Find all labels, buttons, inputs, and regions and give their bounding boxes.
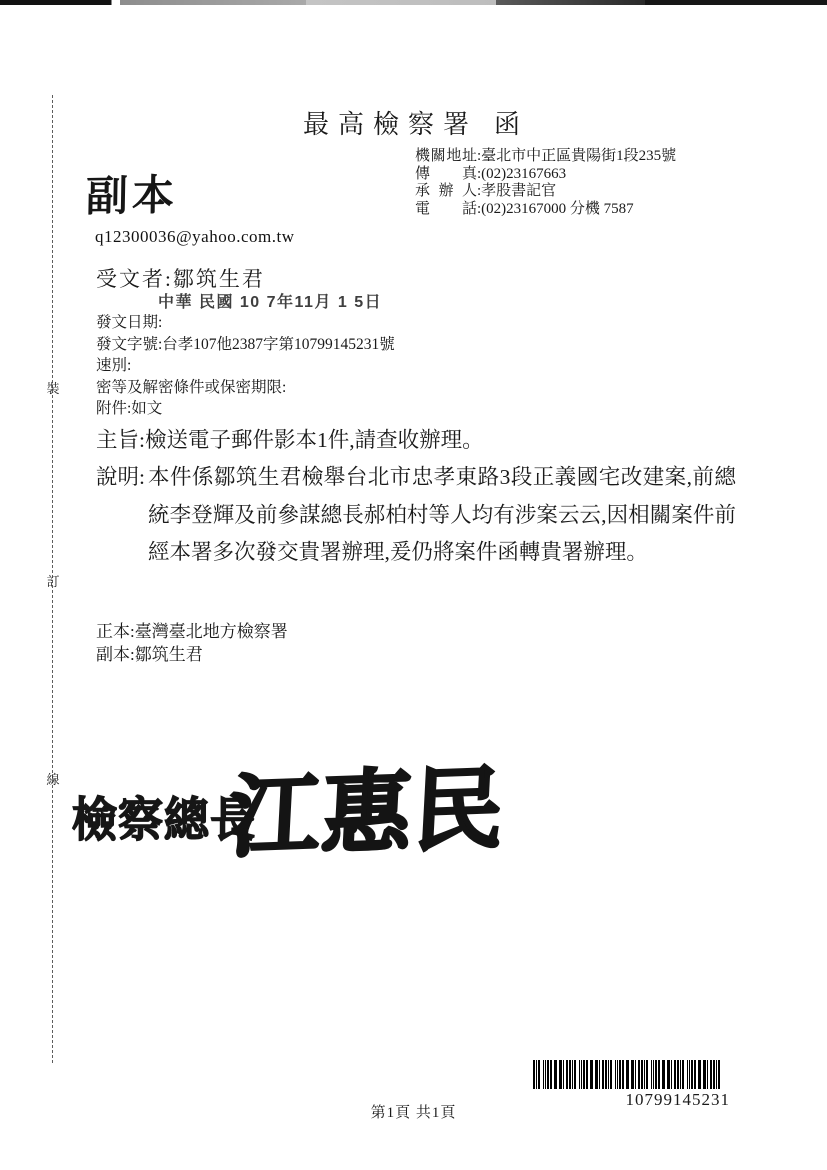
- document-type: 函: [494, 110, 529, 139]
- attachment-line: 附件:如文: [96, 398, 395, 420]
- recipient-label: 受文者:: [96, 267, 173, 291]
- email-address: q12300036@yahoo.com.tw: [95, 227, 294, 247]
- contact-person-label: 承辦人: [415, 183, 477, 201]
- speed-class-line: 速別:: [96, 355, 395, 377]
- description-label: 說明:: [96, 459, 145, 572]
- document-title: 最高檢察署函: [303, 104, 529, 141]
- subject-line: 主旨:檢送電子郵件影本1件,請查收辦理。: [96, 423, 484, 454]
- binding-mark-ding: 訂: [44, 571, 62, 590]
- fax-value: (02)23167663: [481, 166, 566, 182]
- phone-row: 電話:(02)23167000 分機 7587: [415, 201, 676, 219]
- contact-person-row: 承辦人:孝股書記官: [415, 183, 676, 201]
- duplicate-copy-line: 副本:鄒筑生君: [96, 644, 288, 667]
- agency-address-label: 機關地址: [415, 148, 477, 166]
- fax-label: 傳真: [415, 166, 477, 184]
- description-block: 說明: 本件係鄒筑生君檢舉台北市忠孝東路3段正義國宅改建案,前總統李登輝及前參謀…: [96, 459, 736, 572]
- phone-value: (02)23167000 分機 7587: [481, 201, 634, 217]
- subject-text: 檢送電子郵件影本1件,請查收辦理。: [145, 428, 484, 452]
- agency-contact-block: 機關地址:臺北市中正區貴陽街1段235號 傳真:(02)23167663 承辦人…: [415, 148, 676, 218]
- document-meta-block: 發文日期: 發文字號:台孝107他2387字第10799145231號 速別: …: [96, 312, 395, 420]
- subject-label: 主旨:: [96, 428, 145, 452]
- fax-row: 傳真:(02)23167663: [415, 166, 676, 184]
- agency-name: 最高檢察署: [303, 110, 478, 139]
- description-text: 本件係鄒筑生君檢舉台北市忠孝東路3段正義國宅改建案,前總統李登輝及前參謀總長郝柏…: [148, 459, 736, 572]
- page-footer: 第1頁 共1頁: [0, 1101, 827, 1122]
- security-class-line: 密等及解密條件或保密期限:: [96, 377, 395, 399]
- agency-address-value: 臺北市中正區貴陽街1段235號: [481, 148, 676, 164]
- original-copy-line: 正本:臺灣臺北地方檢察署: [96, 621, 288, 644]
- issue-date-line: 發文日期:: [96, 312, 395, 334]
- barcode-bars: [533, 1060, 730, 1089]
- agency-address-row: 機關地址:臺北市中正區貴陽街1段235號: [415, 148, 676, 166]
- contact-person-value: 孝股書記官: [481, 183, 556, 199]
- scan-artifact-top-edge: [0, 0, 827, 5]
- binding-mark-xian: 線: [44, 769, 62, 788]
- phone-label: 電話: [415, 201, 477, 219]
- date-stamp: 中華 民國 10 7年11月 1 5日: [158, 289, 382, 312]
- document-number-line: 發文字號:台孝107他2387字第10799145231號: [96, 334, 395, 356]
- distribution-block: 正本:臺灣臺北地方檢察署 副本:鄒筑生君: [96, 621, 288, 666]
- signer-signature: 江惠民: [227, 735, 510, 875]
- scanned-letter-page: 裝 訂 線 最高檢察署函 機關地址:臺北市中正區貴陽街1段235號 傳真:(02…: [0, 0, 827, 1170]
- binding-mark-zhuang: 裝: [44, 378, 62, 397]
- recipient-name: 鄒筑生君: [173, 267, 265, 291]
- copy-stamp: 副本: [85, 162, 178, 224]
